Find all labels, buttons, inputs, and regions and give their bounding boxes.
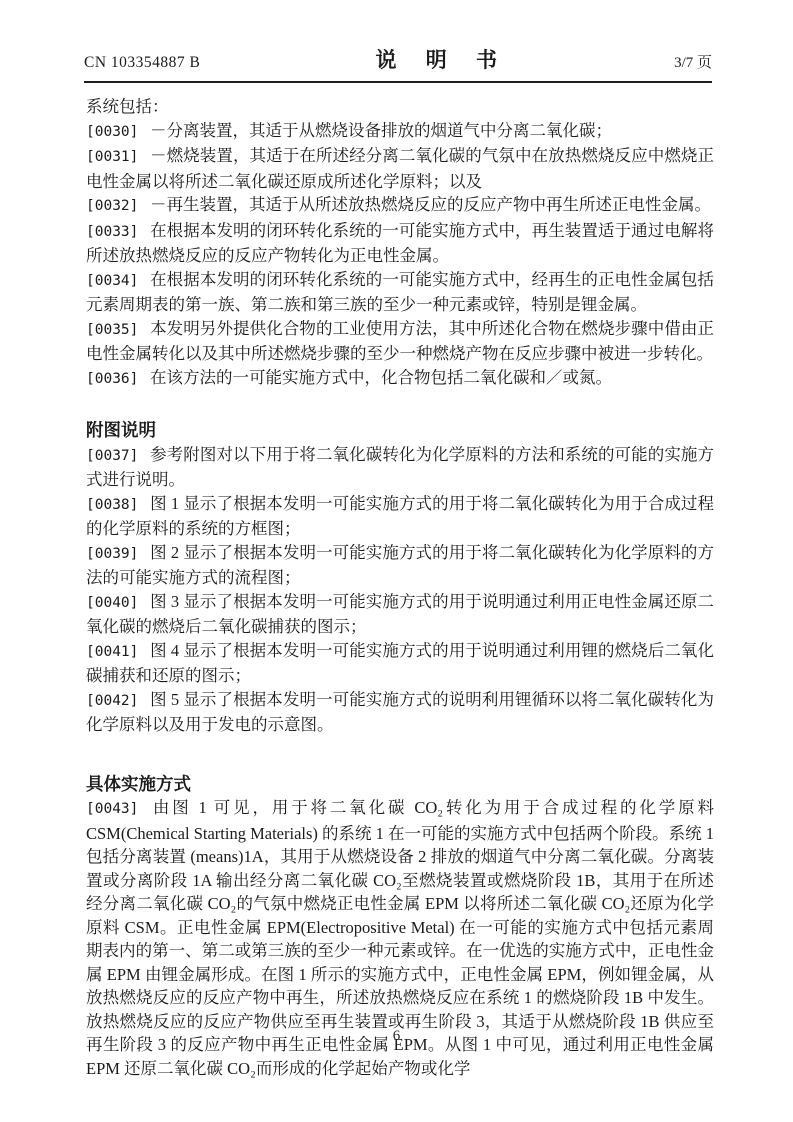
paragraph-number: [0035]: [86, 319, 150, 343]
paragraph-number: [0037]: [86, 445, 150, 469]
paragraph-text: 图 1 显示了根据本发明一可能实施方式的用于将二氧化碳转化为用于合成过程的化学原…: [86, 494, 714, 539]
paragraph-text: 本发明另外提供化合物的工业使用方法，其中所述化合物在燃烧步骤中借由正电性金属转化…: [86, 319, 714, 364]
paragraph-number: [0031]: [86, 146, 150, 170]
paragraph-0039: [0039]图 2 显示了根据本发明一可能实施方式的用于将二氧化碳转化为化学原料…: [86, 541, 714, 590]
page-footer: 6: [0, 1028, 793, 1045]
patent-number: CN 103354887 B: [84, 54, 200, 72]
paragraph-text: 在该方法的一可能实施方式中，化合物包括二氧化碳和／或氮。: [150, 368, 612, 387]
paragraph-0035: [0035]本发明另外提供化合物的工业使用方法，其中所述化合物在燃烧步骤中借由正…: [86, 317, 714, 366]
paragraph-text: 图 3 显示了根据本发明一可能实施方式的用于说明通过利用正电性金属还原二氧化碳的…: [86, 592, 714, 637]
paragraph-text: 在根据本发明的闭环转化系统的一可能实施方式中，再生装置适于通过电解将所述放热燃烧…: [86, 221, 714, 266]
section-gap: [86, 737, 714, 773]
paragraph-number: [0034]: [86, 270, 150, 294]
paragraph-0042: [0042]图 5 显示了根据本发明一可能实施方式的说明利用锂循环以将二氧化碳转…: [86, 688, 714, 737]
paragraph-number: [0038]: [86, 494, 150, 518]
paragraph-0034: [0034]在根据本发明的闭环转化系统的一可能实施方式中，经再生的正电性金属包括…: [86, 268, 714, 317]
paragraph-text: －分离装置，其适于从燃烧设备排放的烟道气中分离二氧化碳；: [150, 121, 612, 140]
paragraph-number: [0040]: [86, 592, 150, 616]
paragraph-text: 在根据本发明的闭环转化系统的一可能实施方式中，经再生的正电性金属包括元素周期表的…: [86, 270, 714, 315]
paragraph-number: [0033]: [86, 221, 150, 245]
figures-section-heading: 附图说明: [86, 419, 714, 443]
paragraph-number: [0032]: [86, 195, 150, 219]
paragraph-0040: [0040]图 3 显示了根据本发明一可能实施方式的用于说明通过利用正电性金属还…: [86, 590, 714, 639]
patent-document-page: CN 103354887 B 说 明 书 3/7 页 系统包括： [0030]－…: [0, 0, 793, 1122]
paragraph-text: 参考附图对以下用于将二氧化碳转化为化学原料的方法和系统的可能的实施方式进行说明。: [86, 445, 714, 490]
section-gap: [86, 391, 714, 419]
paragraph-text: －再生装置，其适于从所述放热燃烧反应的反应产物中再生所述正电性金属。: [150, 195, 711, 214]
lead-line: 系统包括：: [86, 95, 714, 119]
paragraph-0037: [0037]参考附图对以下用于将二氧化碳转化为化学原料的方法和系统的可能的实施方…: [86, 443, 714, 492]
paragraph-text: 图 2 显示了根据本发明一可能实施方式的用于将二氧化碳转化为化学原料的方法的可能…: [86, 543, 714, 588]
paragraph-number: [0036]: [86, 368, 150, 392]
paragraph-number: [0039]: [86, 543, 150, 567]
paragraph-0041: [0041]图 4 显示了根据本发明一可能实施方式的用于说明通过利用锂的燃烧后二…: [86, 639, 714, 688]
paragraph-text: 图 5 显示了根据本发明一可能实施方式的说明利用锂循环以将二氧化碳转化为化学原料…: [86, 690, 714, 735]
document-body: 系统包括： [0030]－分离装置，其适于从燃烧设备排放的烟道气中分离二氧化碳；…: [86, 95, 714, 1080]
page-indicator: 3/7 页: [674, 51, 712, 72]
paragraph-0036: [0036]在该方法的一可能实施方式中，化合物包括二氧化碳和／或氮。: [86, 366, 714, 392]
paragraph-number: [0043]: [86, 798, 150, 822]
paragraph-text: －燃烧装置，其适于在所述经分离二氧化碳的气氛中在放热燃烧反应中燃烧正电性金属以将…: [86, 146, 714, 191]
document-title: 说 明 书: [375, 44, 499, 74]
paragraph-0038: [0038]图 1 显示了根据本发明一可能实施方式的用于将二氧化碳转化为用于合成…: [86, 492, 714, 541]
paragraph-number: [0042]: [86, 690, 150, 714]
paragraph-number: [0030]: [86, 121, 150, 145]
lead-line-text: 系统包括：: [86, 97, 169, 116]
paragraph-number: [0041]: [86, 641, 150, 665]
paragraph-0032: [0032]－再生装置，其适于从所述放热燃烧反应的反应产物中再生所述正电性金属。: [86, 193, 714, 219]
paragraph-0031: [0031]－燃烧装置，其适于在所述经分离二氧化碳的气氛中在放热燃烧反应中燃烧正…: [86, 144, 714, 193]
embodiment-section-heading: 具体实施方式: [86, 773, 714, 797]
page-number: 6: [393, 1028, 401, 1044]
page-header: CN 103354887 B 说 明 书 3/7 页: [84, 0, 712, 83]
paragraph-text: 图 4 显示了根据本发明一可能实施方式的用于说明通过利用锂的燃烧后二氧化碳捕获和…: [86, 641, 714, 686]
paragraph-0033: [0033]在根据本发明的闭环转化系统的一可能实施方式中，再生装置适于通过电解将…: [86, 219, 714, 268]
paragraph-0030: [0030]－分离装置，其适于从燃烧设备排放的烟道气中分离二氧化碳；: [86, 119, 714, 145]
